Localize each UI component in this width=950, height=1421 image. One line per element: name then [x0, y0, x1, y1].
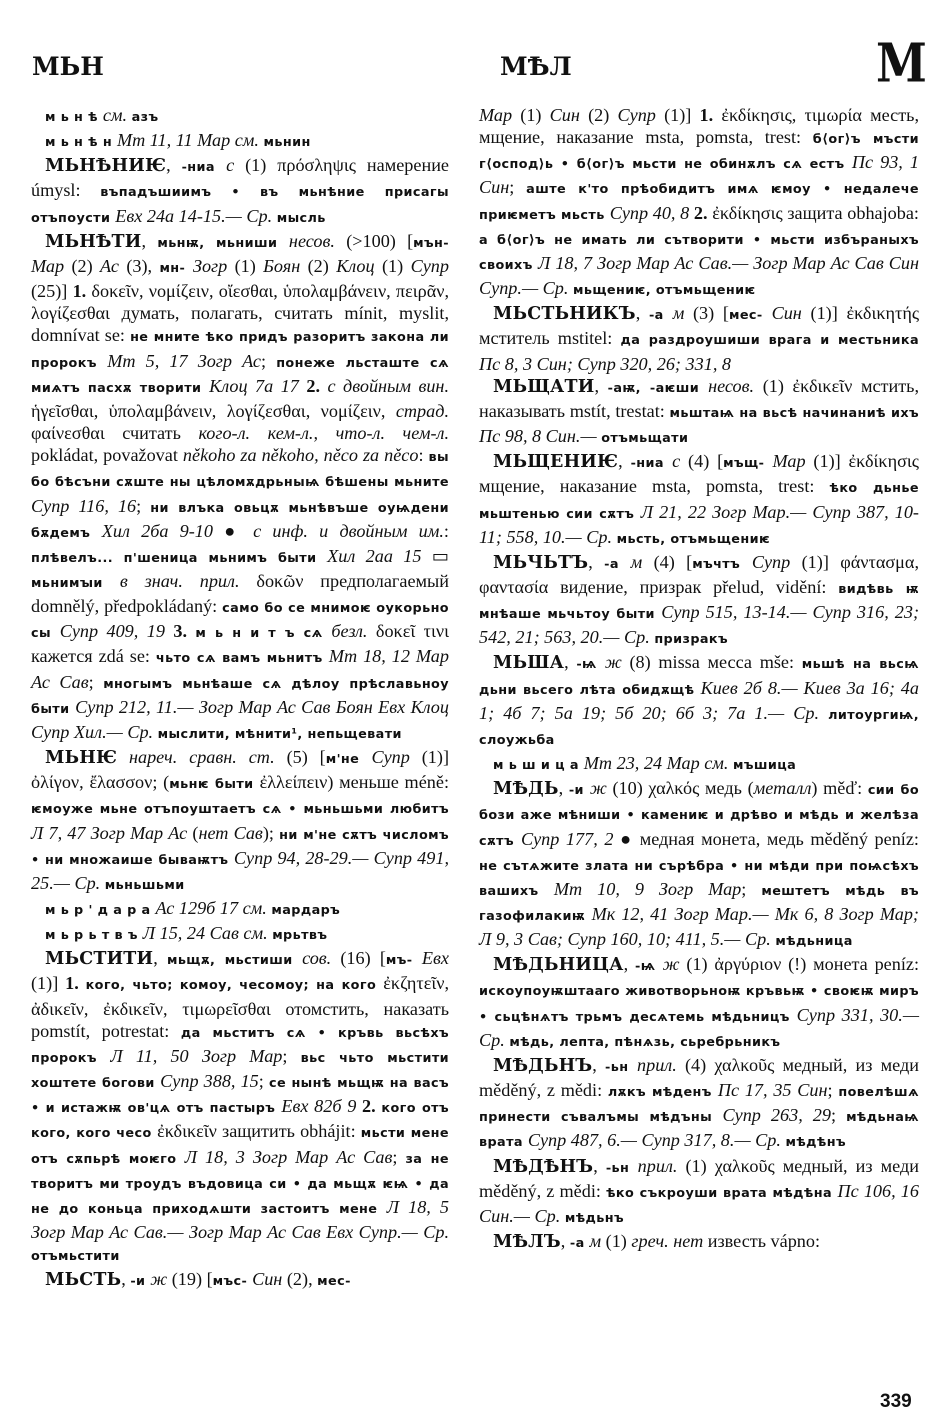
dictionary-entry: МѢЛЪ, -а м (1) греч. нет известь vápno: — [479, 1230, 919, 1255]
italic-reference: несов. — [289, 231, 346, 251]
dictionary-entry: МѢДЬ, -и ж (10) χαλκός медь (металл) měď… — [479, 777, 919, 953]
gloss-text: ; — [828, 1080, 839, 1100]
sense-number: 2. — [694, 203, 712, 223]
dictionary-entry: МЬНѢНИѤ, -ниа с (1) πρόσληψις намерение … — [31, 154, 449, 229]
italic-reference: см. — [103, 105, 132, 125]
italic-reference: Евх — [422, 948, 449, 968]
gloss-text: ; — [831, 1105, 846, 1125]
sense-number: 1. — [65, 973, 85, 993]
gloss-text: известь vápno: — [708, 1231, 820, 1251]
church-slavonic-text: м ь р ь т в ъ — [45, 928, 143, 943]
church-slavonic-text: да раздроушиши врага и местьника — [621, 333, 920, 348]
gloss-text: (4) [ — [688, 451, 723, 471]
gloss-text: (10) χαλκός медь ( — [612, 778, 753, 798]
italic-reference: Супр 388, 15 — [160, 1071, 259, 1091]
gloss-text: (4) [ — [654, 552, 693, 572]
gloss-text: (2) — [308, 256, 337, 276]
church-slavonic-text: -и — [569, 783, 590, 798]
church-slavonic-text: мьньшьми — [105, 878, 185, 893]
italic-reference: Супр 263, 29 — [722, 1105, 830, 1125]
italic-reference: с двойным вин. — [327, 376, 449, 396]
headword: МЬНѤ — [45, 748, 117, 768]
gloss-text: , — [624, 954, 635, 974]
headword: МѢДЬНЪ — [493, 1056, 592, 1076]
church-slavonic-text: мес- — [729, 308, 772, 323]
italic-reference: Мар — [31, 256, 71, 276]
dictionary-entry: МЬНѢТИ, мьнѭ, мьниши несов. (>100) [мън-… — [31, 230, 449, 746]
gloss-text: ἐκδίκησις защита obhajoba: — [712, 203, 919, 223]
italic-reference: м — [590, 1231, 606, 1251]
church-slavonic-text: -ниа — [182, 160, 227, 175]
italic-reference: м — [631, 552, 654, 572]
italic-reference: Евх 24а 14-15.— Ср. — [115, 206, 276, 226]
church-slavonic-text: м ь ш и ц а — [493, 758, 584, 773]
gloss-text: ● медная монета, медь měděný peníz: — [620, 829, 919, 849]
church-slavonic-text: -аѭ, -аѥши — [608, 381, 708, 396]
italic-reference: Супр 177, 2 — [521, 829, 620, 849]
gloss-text: ἡγεῖσθαι, ὑπολαμβάνειν, λογίζεσθαι, νομί… — [31, 401, 396, 421]
church-slavonic-text: м ь н и т ъ сѧ — [195, 626, 331, 641]
dictionary-entry: МѢДЬНИЦА, -ѩ ж (1) ἀργύριον (!) монета p… — [479, 953, 919, 1054]
church-slavonic-text: мьнимꙑи — [31, 576, 120, 591]
church-slavonic-text: мьштаѩ на вьсѣ начинаниѣ ихъ — [669, 406, 919, 421]
gloss-text: (1)] — [813, 451, 848, 471]
church-slavonic-text: мыслити, мѣнити¹, непьщевати — [158, 727, 402, 742]
gloss-text: (1)] — [811, 303, 847, 323]
church-slavonic-text: плѣвелъ... п'шеница мьнимъ быти — [31, 551, 327, 566]
gloss-text: ἐκδικεῖν защитить obhájit: — [157, 1121, 361, 1141]
italic-reference: ж — [663, 954, 687, 974]
church-slavonic-text: мъс- — [213, 1274, 252, 1289]
gloss-text: , — [588, 552, 604, 572]
gloss-text: ; — [89, 672, 104, 692]
gloss-text: (16) [ — [340, 948, 386, 968]
church-slavonic-text: -ьн — [605, 1060, 637, 1075]
church-slavonic-text: чьто сѧ вамъ мьнитъ — [156, 651, 329, 666]
church-slavonic-text: м ь н ѣ н — [45, 135, 117, 150]
italic-reference: Син — [252, 1269, 287, 1289]
gloss-text: : — [444, 521, 449, 541]
center-guide-word: МѢЛ — [500, 52, 572, 81]
church-slavonic-text: азъ — [132, 110, 159, 125]
italic-reference: страд. — [396, 401, 449, 421]
italic-reference: ж — [150, 1269, 171, 1289]
gloss-text: , — [166, 155, 181, 175]
church-slavonic-text: лѫкъ мѣденъ — [608, 1085, 718, 1100]
headword: МѢДЬНИЦА — [493, 955, 624, 975]
italic-reference: Евх 82б 9 — [281, 1096, 362, 1116]
cross-reference-entry: м ь н ѣ см. азъ — [31, 104, 449, 129]
church-slavonic-text: -ѩ — [576, 657, 604, 672]
church-slavonic-text: мьнин — [263, 135, 310, 150]
cross-reference-entry: м ь р ь т в ъ Л 15, 24 Сав см. мрьтвъ — [31, 922, 449, 947]
italic-reference: Л 7, 47 Зогр Мар Ас — [31, 823, 192, 843]
italic-reference: Л 11, 50 Зогр Мар — [110, 1046, 282, 1066]
italic-reference: Ас 129б 17 см. — [155, 898, 271, 918]
gloss-text: (3), — [126, 256, 159, 276]
gloss-text: : — [418, 445, 428, 465]
section-letter: М — [876, 37, 927, 90]
italic-reference: Л 15, 24 Сав см. — [143, 923, 272, 943]
headword: МЬЩЕНИѤ — [493, 452, 618, 472]
gloss-text: (2) — [588, 105, 617, 125]
gloss-text: ; — [509, 177, 526, 197]
gloss-text: ὀλίγον, ἔλασσον; ( — [31, 772, 169, 792]
gloss-text: , — [636, 303, 649, 323]
church-slavonic-text: мъшица — [733, 758, 796, 773]
cross-reference-entry: м ь р ' д а р а Ас 129б 17 см. мардаръ — [31, 897, 449, 922]
church-slavonic-text: мѣдьнъ — [565, 1211, 624, 1226]
gloss-text: , — [121, 1269, 130, 1289]
gloss-text: pokládat, považovat — [31, 445, 183, 465]
italic-reference: нет Сав — [198, 823, 262, 843]
dictionary-entry: МЬЩАТИ, -аѭ, -аѥши несов. (1) ἐκδικεῖν м… — [479, 375, 919, 450]
church-slavonic-text: мьщѫ, мьстиши — [167, 953, 302, 968]
italic-reference: с инф. и двойным им. — [253, 521, 444, 541]
gloss-text — [117, 747, 129, 767]
gloss-text: (3) [ — [693, 303, 729, 323]
gloss-text: , — [594, 376, 607, 396]
italic-reference: Мар — [479, 105, 520, 125]
church-slavonic-text: ѥмоуже мьне отъпоуштаетъ сѧ • мьньшьми л… — [31, 802, 449, 817]
headword: МЬЩАТИ — [493, 377, 594, 397]
italic-reference: кого-л. кем-л., что-л. чем-л. — [198, 423, 449, 443]
gloss-text: (1)] — [664, 105, 699, 125]
church-slavonic-text: мѣдь, лепта, пѣнѧзь, сьребрьникъ — [509, 1035, 780, 1050]
dictionary-entry: МЬСТЬНИКЪ, -а м (3) [мес- Син (1)] ἐκδικ… — [479, 302, 919, 374]
headword: МѢДѢНЪ — [493, 1157, 593, 1177]
church-slavonic-text: мьсть, отъмьщениѥ — [617, 532, 771, 547]
italic-reference: Супр — [371, 747, 421, 767]
church-slavonic-text: -ѩ — [635, 959, 663, 974]
church-slavonic-text: отъмьстити — [31, 1249, 120, 1264]
gloss-text: (25)] — [31, 281, 73, 301]
church-slavonic-text: -ьн — [606, 1161, 638, 1176]
church-slavonic-text: мъчтъ — [692, 557, 752, 572]
italic-reference: нареч. сравн. ст. — [129, 747, 287, 767]
gloss-text: ; — [741, 879, 761, 899]
italic-reference: Клоц — [336, 256, 382, 276]
italic-reference: Мт 5, 17 Зогр Ас — [107, 351, 261, 371]
gloss-text: (5) [ — [287, 747, 326, 767]
gloss-text: ἐλλείπειν) меньше méně: — [260, 772, 449, 792]
sense-number: 2. — [306, 376, 327, 396]
italic-reference: греч. нет — [631, 1231, 707, 1251]
gloss-text: , — [592, 1055, 605, 1075]
headword: МѢДЬ — [493, 779, 559, 799]
gloss-text: φαίνεσθαι считать — [31, 423, 198, 443]
italic-reference: Зогр — [193, 256, 235, 276]
italic-reference: někoho za někoho, něco za něco — [183, 445, 419, 465]
church-slavonic-text: мьщениѥ, отъмьщениѥ — [573, 283, 756, 298]
running-header: МЬН МѢЛ М — [0, 40, 950, 90]
headword: МЬЧЬТЪ — [493, 553, 588, 573]
gloss-text: ) měď: — [811, 778, 867, 798]
church-slavonic-text: отъмьщати — [601, 431, 688, 446]
italic-reference: Мт 23, 24 Мар см. — [584, 753, 733, 773]
italic-reference: Хил 2ба 9-10 — [102, 521, 224, 541]
italic-reference: с — [226, 155, 245, 175]
gloss-text: (2) — [71, 256, 100, 276]
gloss-text: (8) missa месса mše: — [629, 652, 801, 672]
dictionary-entry: МЬША, -ѩ ж (8) missa месса mše: мьшѣ на … — [479, 651, 919, 752]
gloss-text: , — [153, 948, 167, 968]
cross-reference-entry: м ь н ѣ н Мт 11, 11 Мар см. мьнин — [31, 129, 449, 154]
italic-reference: Супр 409, 19 — [60, 621, 174, 641]
italic-reference: Мар — [772, 451, 813, 471]
church-slavonic-text: мардаръ — [271, 903, 340, 918]
gloss-text: (19) [ — [172, 1269, 213, 1289]
italic-reference: Хил 2аа 15 — [327, 546, 432, 566]
gloss-text: ● — [224, 521, 253, 541]
left-column: м ь н ѣ см. азъм ь н ѣ н Мт 11, 11 Мар с… — [31, 104, 449, 1294]
gloss-text: (1) ἀργύριον (!) монета peníz: — [686, 954, 919, 974]
cross-reference-entry: м ь ш и ц а Мт 23, 24 Мар см. мъшица — [479, 752, 919, 777]
italic-reference: Пс 98, 8 Син.— — [479, 426, 601, 446]
italic-reference: Ас — [100, 256, 126, 276]
headword: МЬСТЬНИКЪ — [493, 304, 636, 324]
church-slavonic-text: -а — [604, 557, 630, 572]
gloss-text: , — [618, 451, 630, 471]
sense-number: 3. — [173, 621, 195, 641]
church-slavonic-text: мрьтвъ — [272, 928, 327, 943]
church-slavonic-text: мысль — [277, 211, 326, 226]
italic-reference: Клоц 7а 17 — [209, 376, 306, 396]
gloss-text: ; — [261, 351, 276, 371]
gloss-text: (1) — [520, 105, 549, 125]
headword: МЬНѢНИѤ — [45, 156, 166, 176]
headword: МЬСТЬ — [45, 1270, 121, 1290]
gloss-text: (>100) [ — [346, 231, 413, 251]
italic-reference: Супр — [752, 552, 802, 572]
italic-reference: Супр 40, 8 — [610, 203, 694, 223]
italic-reference: Боян — [263, 256, 307, 276]
italic-reference: Пс 8, 3 Син; Супр 320, 26; 331, 8 — [479, 354, 731, 374]
sense-number: 1. — [73, 281, 92, 301]
headword: МЬСТИТИ — [45, 949, 153, 969]
gloss-text: , — [593, 1156, 606, 1176]
church-slavonic-text: -а — [570, 1236, 590, 1251]
gloss-text: , — [561, 1231, 570, 1251]
headword: МЬНѢТИ — [45, 232, 142, 252]
gloss-text: (1)] — [31, 973, 65, 993]
italic-reference: прил. — [638, 1156, 686, 1176]
gloss-text: (1) — [382, 256, 411, 276]
gloss-text: , — [564, 652, 576, 672]
dictionary-entry: МЬНѤ нареч. сравн. ст. (5) [м'не Супр (1… — [31, 746, 449, 897]
italic-reference: Супр — [411, 256, 449, 276]
continued-entry: Мар (1) Син (2) Супр (1)] 1. ἐκδίκησις, … — [479, 104, 919, 302]
italic-reference: безл. — [331, 621, 376, 641]
church-slavonic-text: мес- — [317, 1274, 351, 1289]
italic-reference: Мт 10, 9 Зогр Мар — [554, 879, 741, 899]
headword: МЬША — [493, 653, 564, 673]
headword: МѢЛЪ — [493, 1232, 561, 1252]
italic-reference: Супр — [617, 105, 664, 125]
dictionary-entry: МЬСТИТИ, мьщѫ, мьстиши сов. (16) [мъ- Ев… — [31, 947, 449, 1268]
page-number: 339 — [880, 1391, 912, 1413]
gloss-text: (1) — [606, 1231, 632, 1251]
italic-reference: с — [672, 451, 688, 471]
gloss-text: (2), — [287, 1269, 317, 1289]
italic-reference: Супр 487, 6.— Супр 317, 8.— Ср. — [528, 1130, 786, 1150]
gloss-text: , — [559, 778, 569, 798]
gloss-text: ; — [282, 1046, 300, 1066]
right-column: Мар (1) Син (2) Супр (1)] 1. ἐκδίκησις, … — [479, 104, 919, 1255]
church-slavonic-text: м ь н ѣ — [45, 110, 103, 125]
church-slavonic-text: кого, чьто; комоу, чесомоу; на кого — [86, 978, 384, 993]
church-slavonic-text: -ниа — [631, 456, 673, 471]
church-slavonic-text: -и — [130, 1274, 150, 1289]
italic-reference: несов. — [708, 376, 763, 396]
church-slavonic-text: мъ- — [386, 953, 422, 968]
church-slavonic-text: мъщ- — [723, 456, 772, 471]
church-slavonic-text: призракъ — [654, 632, 728, 647]
church-slavonic-text: ѣко съкроуши врата мѣдѣна — [606, 1186, 837, 1201]
dictionary-entry: МЬЩЕНИѤ, -ниа с (4) [мъщ- Мар (1)] ἐκδίκ… — [479, 450, 919, 551]
gloss-text: ); — [263, 823, 279, 843]
italic-reference: Син — [550, 105, 588, 125]
gloss-text: ; — [136, 496, 150, 516]
church-slavonic-text: м'не — [326, 752, 372, 767]
church-slavonic-text: -а — [649, 308, 673, 323]
dictionary-entry: МѢДЬНЪ, -ьн прил. (4) χαλκοῦς медный, из… — [479, 1054, 919, 1155]
dictionary-entry: МЬСТЬ, -и ж (19) [мъс- Син (2), мес- — [31, 1268, 449, 1293]
gloss-text: (1)] — [802, 552, 841, 572]
sense-number: 2. — [362, 1096, 381, 1116]
italic-reference: прил. — [637, 1055, 685, 1075]
church-slavonic-text: мън- — [413, 236, 449, 251]
gloss-text: , — [142, 231, 158, 251]
church-slavonic-text: м ь р ' д а р а — [45, 903, 155, 918]
gloss-text: (1) — [235, 256, 264, 276]
gloss-text: (1)] — [422, 747, 449, 767]
italic-reference: ж — [605, 652, 630, 672]
church-slavonic-text: мьнѭ, мьниши — [157, 236, 289, 251]
italic-reference: Син — [772, 303, 811, 323]
italic-reference: Мт 11, 11 Мар см. — [117, 130, 264, 150]
church-slavonic-text: мѣдѣнъ — [785, 1135, 846, 1150]
italic-reference: Л 18, 3 Зогр Мар Ас Сав — [185, 1147, 393, 1167]
italic-reference: Супр 116, 16 — [31, 496, 136, 516]
dictionary-entry: МѢДѢНЪ, -ьн прил. (1) χαλκοῦς медный, из… — [479, 1155, 919, 1230]
gloss-text: ; — [392, 1147, 405, 1167]
left-guide-word: МЬН — [32, 52, 104, 81]
italic-reference: ж — [590, 778, 613, 798]
church-slavonic-text: мѣдьница — [775, 934, 852, 949]
church-slavonic-text: мн- — [159, 261, 193, 276]
gloss-text: ; — [259, 1071, 269, 1091]
dictionary-entry: МЬЧЬТЪ, -а м (4) [мъчтъ Супр (1)] φάντασ… — [479, 551, 919, 652]
italic-reference: металл — [754, 778, 812, 798]
italic-reference: сов. — [302, 948, 340, 968]
italic-reference: Пс 17, 35 Син — [718, 1080, 828, 1100]
gloss-text: ▭ — [432, 546, 449, 566]
sense-number: 1. — [700, 105, 722, 125]
church-slavonic-text: мьнѥ быти — [169, 777, 259, 792]
italic-reference: м — [673, 303, 693, 323]
italic-reference: в знач. прил. — [120, 571, 256, 591]
